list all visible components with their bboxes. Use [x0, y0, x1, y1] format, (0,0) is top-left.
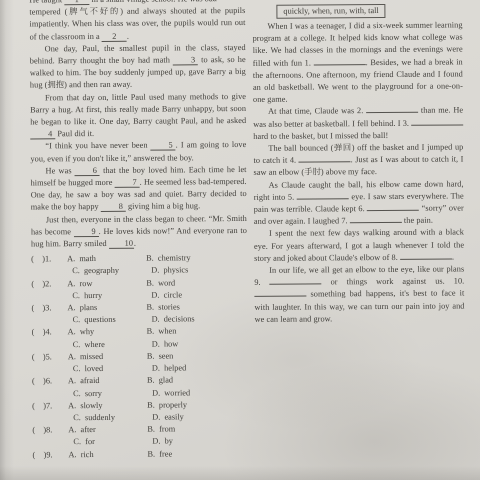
passage-paragraph: When I was a teenager, I did a six-week …: [252, 19, 463, 106]
fill-blank: [297, 193, 349, 200]
option-b: B. glad: [147, 374, 248, 387]
numbered-blank: 9: [74, 228, 99, 237]
fill-blank: [254, 291, 306, 298]
option-a: A. slowly: [68, 399, 147, 412]
option-d: D. circle: [151, 289, 247, 302]
answer-blank-parens: [32, 436, 73, 448]
fill-in-column: quickly, when, run, with, tall When I wa…: [252, 0, 464, 326]
fill-blank: [400, 253, 452, 260]
cloze-passage: He taught 1 in a small village school. H…: [29, 0, 247, 251]
answer-blank-parens: ( )3.: [31, 302, 67, 314]
numbered-blank: 4: [30, 131, 55, 140]
page-content: He taught 1 in a small village school. H…: [0, 0, 480, 480]
option-a: A. afraid: [68, 375, 147, 388]
fill-blank: [299, 156, 351, 163]
answer-blank-parens: ( )5.: [32, 351, 68, 363]
numbered-blank: 5: [151, 142, 176, 151]
numbered-blank: 3: [173, 56, 198, 65]
option-b: B. free: [147, 447, 248, 460]
option-c: C. questions: [73, 314, 152, 327]
option-b: B. from: [147, 423, 248, 436]
passage-paragraph: As Claude caught the ball, his elbow cam…: [254, 178, 464, 228]
answer-blank-parens: ( )6.: [32, 376, 68, 388]
answer-blank-parens: ( )7.: [32, 400, 68, 412]
answer-blank-parens: ( )4.: [32, 327, 68, 339]
option-a: A. why: [68, 326, 147, 339]
numbered-blank: 6: [75, 167, 100, 176]
fill-blank: [411, 119, 463, 126]
question-list: ( )1.A. mathB. chemistryC. geographyD. p…: [31, 252, 248, 461]
answer-blank-parens: [32, 363, 73, 375]
option-c: C. geography: [72, 265, 151, 278]
answer-blank-parens: ( )2.: [31, 278, 67, 290]
passage-paragraph: Just then, everyone in the class began t…: [31, 213, 247, 251]
option-b: B. chemistry: [146, 252, 247, 265]
fill-blank: [350, 217, 402, 224]
option-b: B. seen: [147, 350, 248, 363]
option-d: D. physics: [151, 264, 247, 277]
answer-blank-parens: ( )8.: [32, 424, 68, 436]
numbered-blank: 8: [101, 203, 126, 212]
passage-paragraph: “I think you have never been 5. I am goi…: [30, 139, 246, 165]
numbered-blank: 2: [102, 32, 127, 41]
option-b: B. stories: [146, 301, 247, 314]
answer-blank-parens: ( )9.: [32, 449, 68, 461]
passage-paragraph: In our life, we all get an elbow to the …: [254, 263, 464, 325]
option-b: B. when: [147, 325, 248, 338]
answer-blank-parens: [32, 314, 73, 326]
option-d: D. how: [152, 338, 248, 351]
option-b: B. word: [146, 277, 247, 290]
option-a: A. rich: [68, 448, 147, 461]
option-c: C. where: [73, 338, 152, 351]
numbered-blank: 10: [109, 240, 134, 249]
option-a: A. after: [68, 424, 147, 437]
answer-blank-parens: [31, 266, 72, 278]
numbered-blank: 7: [115, 179, 140, 188]
option-c: C. suddenly: [73, 412, 152, 425]
question-option-row: ( )9.A. richB. free: [32, 447, 248, 461]
option-d: D. worried: [152, 386, 248, 399]
passage-paragraph: One day, Paul, the smallest pupil in the…: [30, 42, 246, 92]
option-c: C. loved: [73, 363, 152, 376]
option-d: D. easily: [152, 411, 248, 424]
option-d: D. by: [152, 435, 248, 448]
cloze-column: He taught 1 in a small village school. H…: [29, 0, 248, 461]
option-a: A. math: [67, 253, 146, 266]
numbered-blank: 1: [64, 0, 89, 5]
option-c: C. sorry: [73, 387, 152, 400]
option-a: A. row: [67, 277, 146, 290]
answer-blank-parens: [32, 412, 73, 424]
option-d: D. decisions: [152, 313, 248, 326]
passage-paragraph: From that day on, little Paul used many …: [30, 91, 246, 141]
fill-passage: When I was a teenager, I did a six-week …: [252, 19, 464, 326]
answer-blank-parens: [32, 388, 73, 400]
passage-paragraph: The ball bounced (弹回) off the basket and…: [253, 141, 463, 179]
answer-blank-parens: [31, 290, 72, 302]
answer-blank-parens: ( )1.: [31, 253, 67, 265]
fill-blank: [367, 204, 419, 211]
option-c: C. for: [73, 436, 152, 449]
passage-paragraph: tempered (脾气不好的) and always shouted at t…: [29, 5, 245, 43]
photo-of-test-paper: { "page": { "background_color": "#b8b6b2…: [0, 0, 480, 480]
fill-blank: [270, 278, 322, 285]
answer-blank-parens: [32, 339, 73, 351]
word-bank-box: quickly, when, run, with, tall: [276, 4, 385, 19]
option-a: A. plans: [67, 302, 146, 315]
passage-paragraph: I spent the next few days walking around…: [254, 227, 464, 265]
fill-blank: [314, 58, 366, 65]
option-d: D. helped: [152, 362, 248, 375]
option-a: A. missed: [68, 351, 147, 364]
option-c: C. hurry: [72, 289, 151, 302]
option-b: B. properly: [147, 399, 248, 412]
passage-paragraph: At that time, Claude was 2. than me. He …: [253, 105, 463, 143]
passage-paragraph: He was 6 that the boy loved him. Each ti…: [30, 164, 246, 214]
fill-blank: [366, 107, 418, 114]
